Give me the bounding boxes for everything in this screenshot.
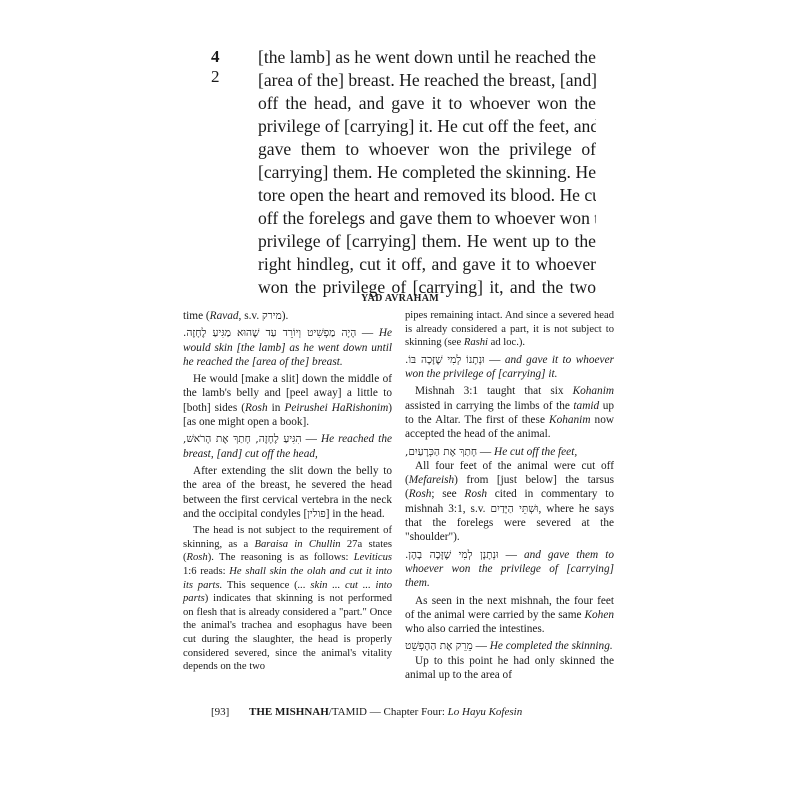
paragraph: He would [make a slit] down the middle o… [183,372,392,429]
book-page: 4 2 [the lamb] as he went down until he … [0,0,800,800]
page-number: [93] [211,706,249,718]
paragraph: time (Ravad, s.v. מירק). [183,309,392,323]
book-title: THE MISHNAH [249,706,329,718]
lemma: הָיָה מַפְשִׁיט וְיוֹרֵד עַד שֶׁהוּא מַג… [183,326,392,369]
lemma: חָתַךְ אֶת הַכְּרָעַיִם, — He cut off th… [405,445,614,459]
mishnah-line: privilege of [carrying] them. He went up… [258,230,596,253]
paragraph: pipes remaining intact. And since a seve… [405,309,614,350]
paragraph: Mishnah 3:1 taught that six Kohanim assi… [405,384,614,441]
mishnah-translation: [the lamb] as he went down until he reac… [258,46,596,299]
paragraph: Up to this point he had only skinned the… [405,654,614,683]
chapter-name: Lo Hayu Kofesin [448,706,523,718]
mishnah-line: privilege of [carrying] it. He cut off t… [258,115,596,138]
lemma: הִגִּיעַ לֶחָזֶה, חָתַךְ אֶת הָרֹאשׁ, — … [183,432,392,461]
mishnah-line: off the forelegs and gave them to whoeve… [258,207,596,230]
mishnah-line: [area of the] breast. He reached the bre… [258,69,596,92]
running-footer: [93]THE MISHNAH/TAMID — Chapter Four: Lo… [211,706,522,718]
paragraph: All four feet of the animal were cut off… [405,459,614,545]
mishnah-number: 2 [211,67,220,87]
commentary-left-column: time (Ravad, s.v. מירק). הָיָה מַפְשִׁיט… [183,309,392,677]
paragraph: After extending the slit down the belly … [183,464,392,521]
mishnah-line: right hindleg, cut it off, and gave it t… [258,253,596,276]
tractate-chapter: /TAMID — Chapter Four: [329,706,448,718]
paragraph: As seen in the next mishnah, the four fe… [405,594,614,637]
mishnah-line: off the head, and gave it to whoever won… [258,92,596,115]
lemma: וּנְתָנוֹ לְמִי שֶׁזָּכָה בּוֹ. — and ga… [405,353,614,382]
chapter-number: 4 [211,47,220,67]
lemma: מֵרֵק אֶת הַהֶפְשֵׁט — He completed the … [405,639,614,653]
mishnah-reference: 4 2 [211,47,220,87]
mishnah-line: gave them to whoever won the privilege o… [258,138,596,161]
mishnah-line: [the lamb] as he went down until he reac… [258,46,596,69]
commentary-right-column: pipes remaining intact. And since a seve… [405,309,614,685]
mishnah-line: [carrying] them. He completed the skinni… [258,161,596,184]
commentary-heading: YAD AVRAHAM [180,293,620,304]
lemma: וּנְתָנָן לְמִי שֶׁזָּכָה בָהֶן. — and g… [405,548,614,591]
paragraph: The head is not subject to the requireme… [183,524,392,674]
mishnah-line: tore open the heart and removed its bloo… [258,184,596,207]
